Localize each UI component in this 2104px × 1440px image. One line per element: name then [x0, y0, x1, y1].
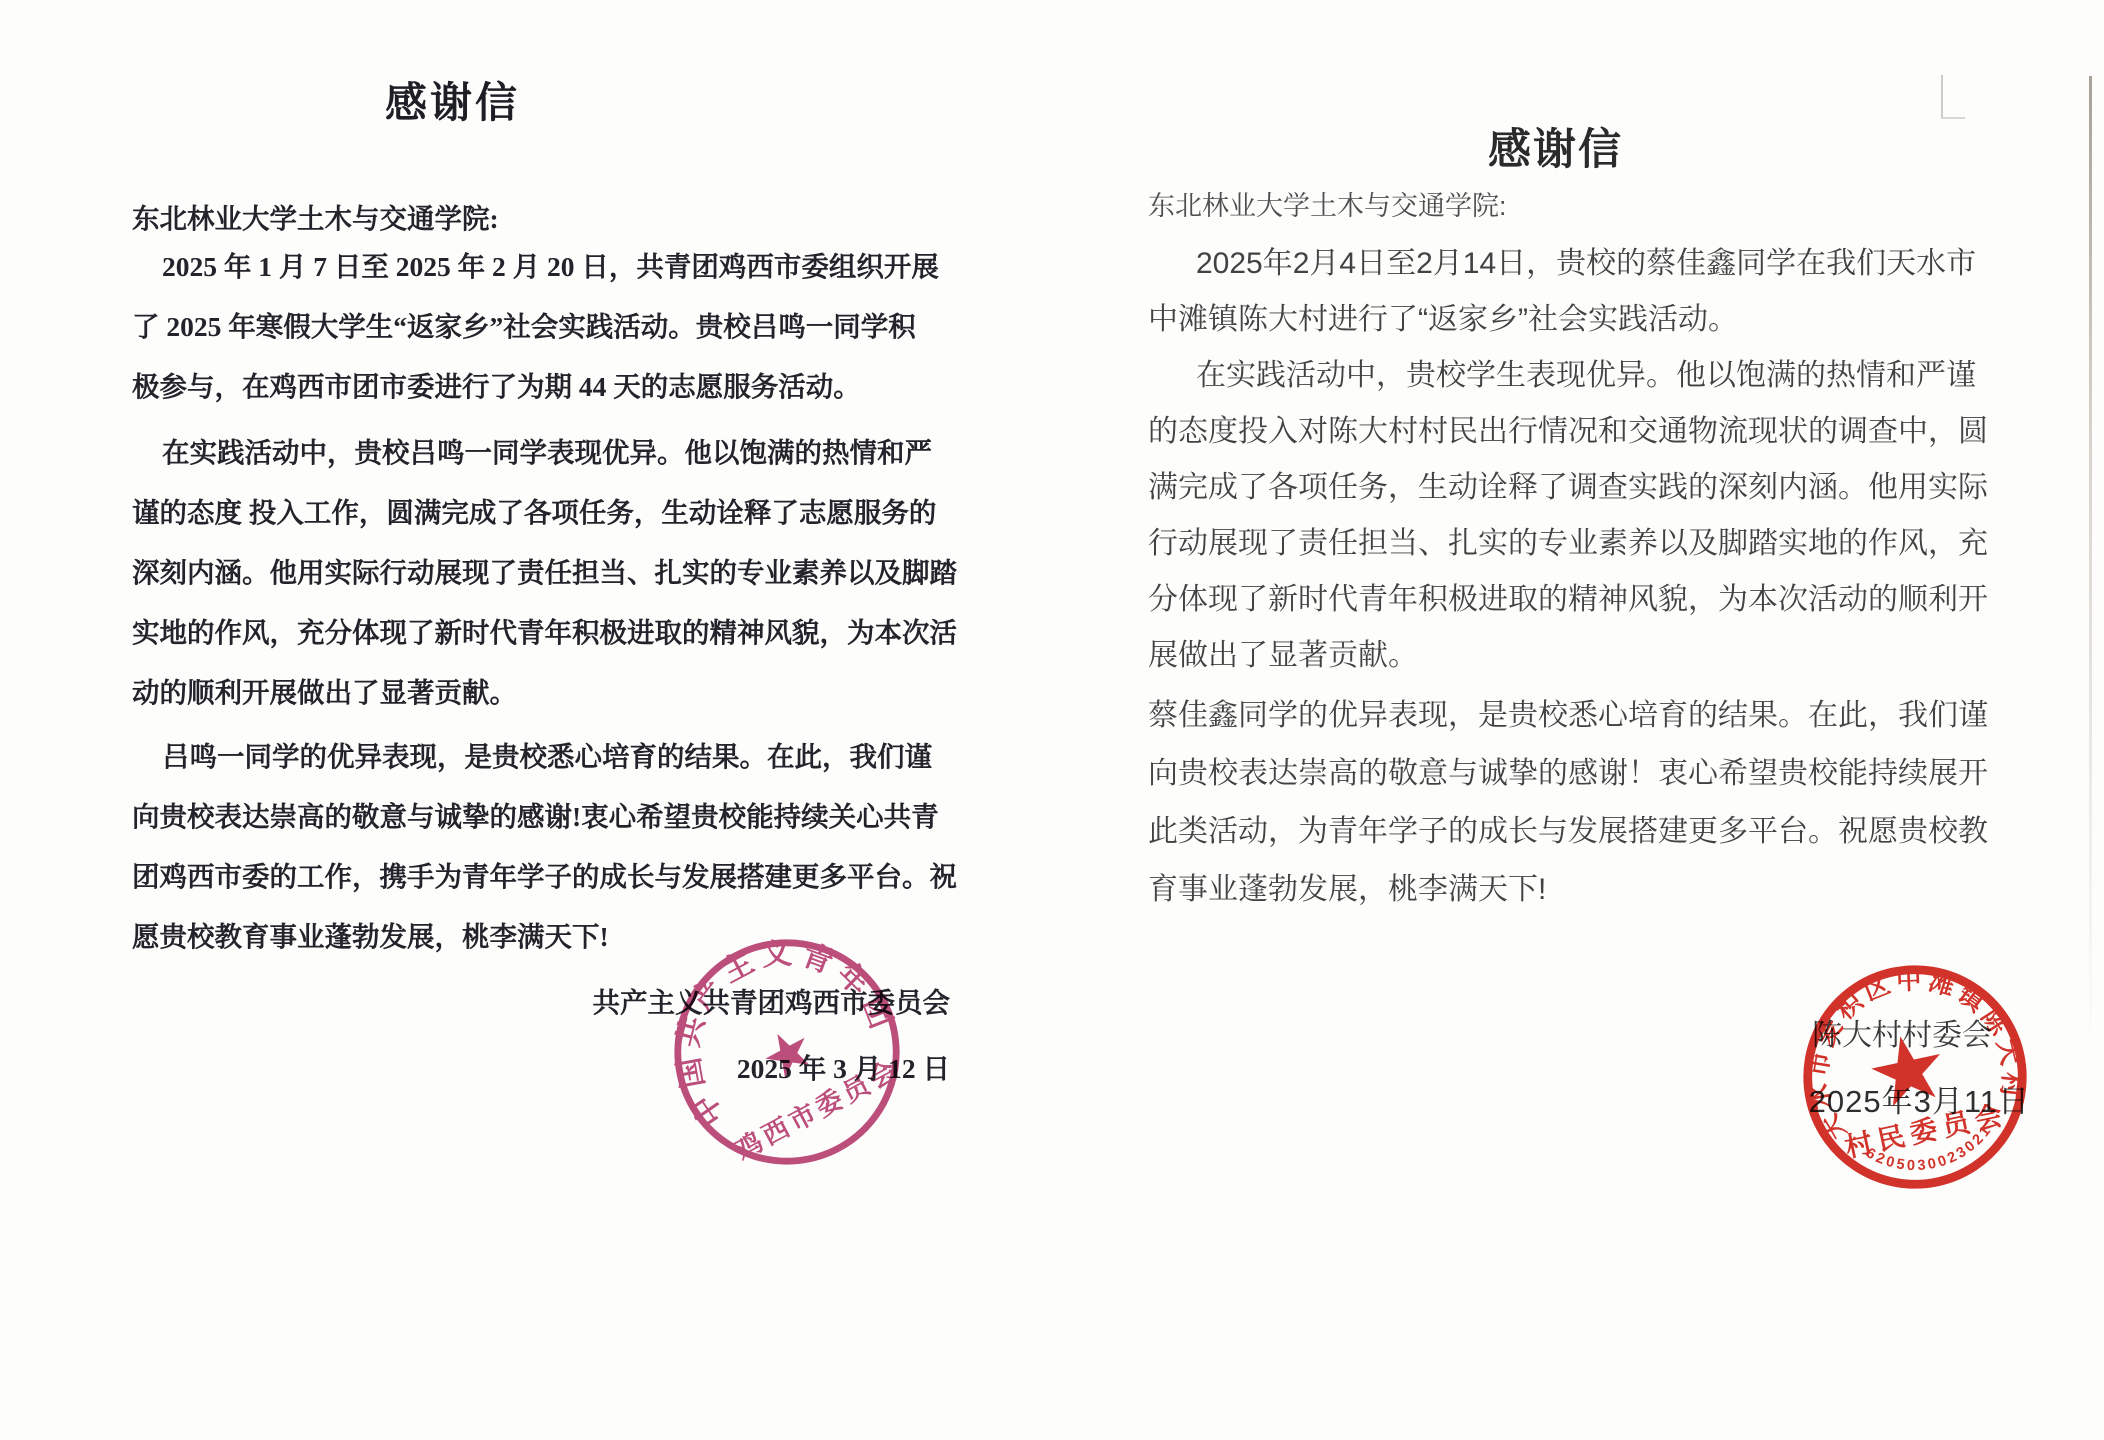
body-line: 展做出了显著贡献。	[1148, 638, 1418, 674]
body-line: 蔡佳鑫同学的优异表现，是贵校悉心培育的结果。在此，我们谨	[1148, 698, 1988, 734]
body-line: 深刻内涵。他用实际行动展现了责任担当、扎实的专业素养以及脚踏	[132, 556, 957, 590]
letter-right: 感谢信 东北林业大学土木与交通学院: 2025年2月4日至2月14日，贵校的蔡佳…	[1052, 0, 2104, 1440]
body-line: 了 2025 年寒假大学生“返家乡”社会实践活动。贵校吕鸣一同学积	[132, 310, 916, 344]
body-line: 团鸡西市委的工作，携手为青年学子的成长与发展搭建更多平台。祝	[132, 860, 957, 894]
body-line: 此类活动，为青年学子的成长与发展搭建更多平台。祝愿贵校教	[1148, 814, 1988, 850]
body-line: 2025年2月4日至2月14日，贵校的蔡佳鑫同学在我们天水市	[1148, 246, 1976, 282]
body-line: 实地的作风，充分体现了新时代青年积极进取的精神风貌，为本次活	[132, 616, 957, 650]
body-line: 的态度投入对陈大村村民出行情况和交通物流现状的调查中，圆	[1148, 414, 1988, 450]
body-line: 在实践活动中，贵校学生表现优异。他以饱满的热情和严谨	[1148, 358, 1976, 394]
body-line: 分体现了新时代青年积极进取的精神风貌，为本次活动的顺利开	[1148, 582, 1988, 618]
scan-corner-mark	[1941, 75, 1965, 119]
recipient-line: 东北林业大学土木与交通学院:	[132, 202, 499, 236]
body-line: 向贵校表达崇高的敬意与诚挚的感谢！衷心希望贵校能持续展开	[1148, 756, 1988, 792]
seal-star-icon	[758, 1023, 817, 1081]
body-line: 在实践活动中，贵校吕鸣一同学表现优异。他以饱满的热情和严	[132, 436, 932, 470]
body-line: 行动展现了责任担当、扎实的专业素养以及脚踏实地的作风，充	[1148, 526, 1988, 562]
body-line: 谨的态度 投入工作，圆满完成了各项任务，生动诠释了志愿服务的	[132, 496, 936, 530]
body-line: 育事业蓬勃发展，桃李满天下!	[1148, 872, 1546, 908]
letter-left: 感谢信 东北林业大学土木与交通学院: 2025 年 1 月 7 日至 2025 …	[0, 0, 1052, 1440]
official-seal: 中国共产主义青年团 鸡西市委员会	[629, 894, 945, 1210]
recipient-line: 东北林业大学土木与交通学院:	[1148, 184, 1507, 223]
body-line: 中滩镇陈大村进行了“返家乡”社会实践活动。	[1148, 302, 1738, 338]
official-seal: 天水市麦积区中滩镇陈大村 村民委员会 6205030023021	[1776, 938, 2054, 1216]
body-line: 吕鸣一同学的优异表现，是贵校悉心培育的结果。在此，我们谨	[132, 740, 932, 774]
body-line: 向贵校表达崇高的敬意与诚挚的感谢!衷心希望贵校能持续关心共青	[132, 800, 939, 834]
body-line: 2025 年 1 月 7 日至 2025 年 2 月 20 日，共青团鸡西市委组…	[132, 250, 939, 284]
body-line: 愿贵校教育事业蓬勃发展，桃李满天下!	[132, 920, 609, 954]
letter-title: 感谢信	[385, 70, 520, 130]
page-edge-shadow	[2089, 76, 2092, 1056]
seal-star-icon	[1866, 1029, 1949, 1109]
body-line: 满完成了各项任务，生动诠释了调查实践的深刻内涵。他用实际	[1148, 470, 1988, 506]
body-line: 动的顺利开展做出了显著贡献。	[132, 676, 517, 710]
body-line: 极参与，在鸡西市团市委进行了为期 44 天的志愿服务活动。	[132, 370, 861, 404]
letter-title: 感谢信	[1488, 116, 1623, 177]
